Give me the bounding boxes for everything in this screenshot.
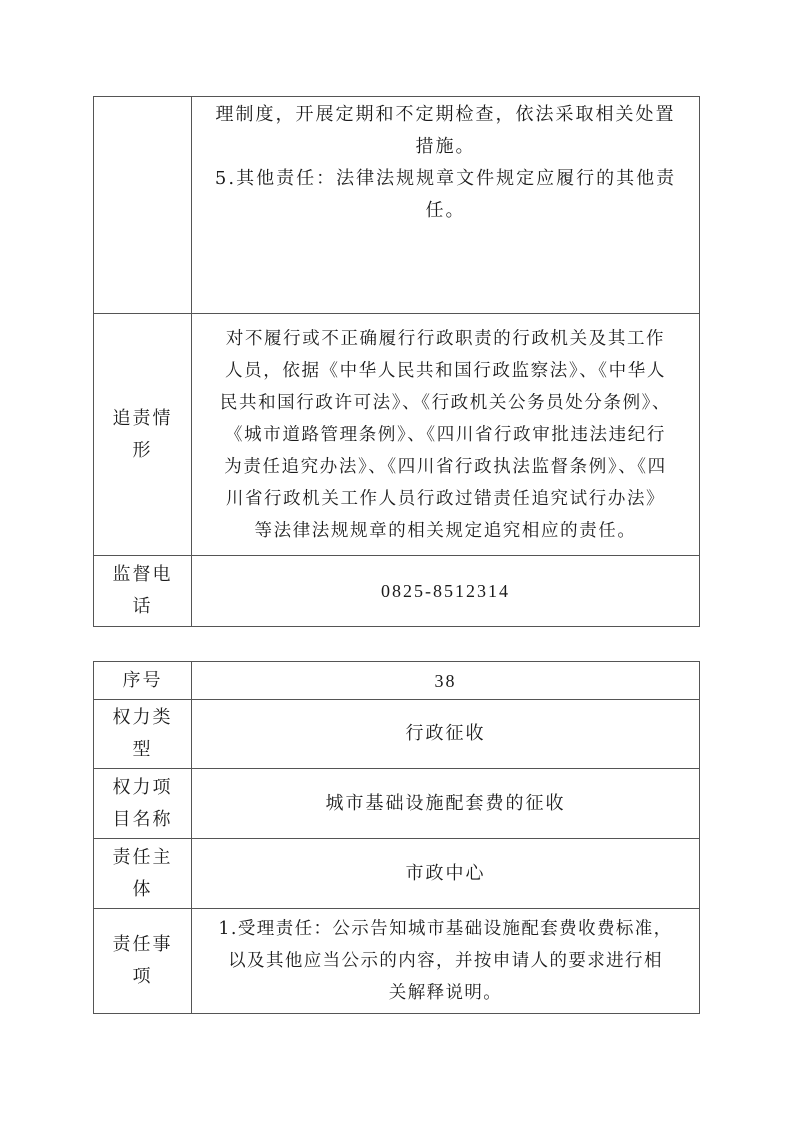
- row-label-responsibility-items: 责任事 项: [94, 909, 192, 1014]
- power-item-name-value: 城市基础设施配套费的征收: [192, 769, 700, 839]
- content-line: 对不履行或不正确履行行政职责的行政机关及其工作: [200, 323, 691, 355]
- content-line: 民共和国行政许可法》、《行政机关公务员处分条例》、: [200, 387, 691, 419]
- content-line: 《城市道路管理条例》、《四川省行政审批违法违纪行: [200, 419, 691, 451]
- table-row-serial-number: 序号 38: [94, 662, 700, 700]
- serial-number-value: 38: [192, 662, 700, 700]
- power-type-value: 行政征收: [192, 700, 700, 769]
- content-line: 为责任追究办法》、《四川省行政执法监督条例》、《四: [200, 451, 691, 483]
- responsibility-items-value: 1.受理责任：公示告知城市基础设施配套费收费标准， 以及其他应当公示的内容，并按…: [192, 909, 700, 1014]
- row-label-serial-number: 序号: [94, 662, 192, 700]
- row-label-supervision-phone: 监督电 话: [94, 556, 192, 627]
- label-line: 项: [102, 961, 183, 993]
- row-content-accountability: 对不履行或不正确履行行政职责的行政机关及其工作 人员，依据《中华人民共和国行政监…: [192, 314, 700, 556]
- row-content-other-responsibilities: 理制度，开展定期和不定期检查，依法采取相关处置 措施。 5.其他责任：法律法规规…: [192, 97, 700, 314]
- table-row-supervision-phone: 监督电 话 0825-8512314: [94, 556, 700, 627]
- responsible-subject-value: 市政中心: [192, 839, 700, 909]
- table-row-power-type: 权力类 型 行政征收: [94, 700, 700, 769]
- table-row-accountability: 追责情 形 对不履行或不正确履行行政职责的行政机关及其工作 人员，依据《中华人民…: [94, 314, 700, 556]
- content-line: 1.受理责任：公示告知城市基础设施配套费收费标准，: [200, 913, 691, 945]
- row-label-accountability: 追责情 形: [94, 314, 192, 556]
- content-line: 川省行政机关工作人员行政过错责任追究试行办法》: [200, 483, 691, 515]
- content-line: 关解释说明。: [200, 977, 691, 1009]
- row-label-empty: [94, 97, 192, 314]
- content-line: 人员，依据《中华人民共和国行政监察法》、《中华人: [200, 355, 691, 387]
- label-line: 目名称: [102, 804, 183, 836]
- responsibility-table-continued: 理制度，开展定期和不定期检查，依法采取相关处置 措施。 5.其他责任：法律法规规…: [93, 96, 700, 627]
- content-line: 以及其他应当公示的内容，并按申请人的要求进行相: [200, 945, 691, 977]
- label-line: 型: [102, 734, 183, 766]
- power-item-table: 序号 38 权力类 型 行政征收 权力项 目名称 城市基础设施配套费的征收 责任…: [93, 661, 700, 1014]
- content-line: 等法律法规规章的相关规定追究相应的责任。: [200, 515, 691, 547]
- row-label-power-type: 权力类 型: [94, 700, 192, 769]
- row-label-responsible-subject: 责任主 体: [94, 839, 192, 909]
- content-line: 措施。: [200, 131, 691, 163]
- label-line: 监督电: [102, 559, 183, 591]
- table-row-power-item-name: 权力项 目名称 城市基础设施配套费的征收: [94, 769, 700, 839]
- label-line: 责任主: [102, 842, 183, 874]
- table-row-other-responsibilities: 理制度，开展定期和不定期检查，依法采取相关处置 措施。 5.其他责任：法律法规规…: [94, 97, 700, 314]
- content-line: 5.其他责任：法律法规规章文件规定应履行的其他责: [200, 163, 691, 195]
- label-line: 权力项: [102, 772, 183, 804]
- label-line: 体: [102, 874, 183, 906]
- table-row-responsibility-items: 责任事 项 1.受理责任：公示告知城市基础设施配套费收费标准， 以及其他应当公示…: [94, 909, 700, 1014]
- table-row-responsible-subject: 责任主 体 市政中心: [94, 839, 700, 909]
- label-line: 形: [102, 435, 183, 467]
- label-line: 话: [102, 591, 183, 623]
- label-line: 序号: [102, 665, 183, 697]
- label-line: 追责情: [102, 403, 183, 435]
- label-line: 权力类: [102, 702, 183, 734]
- content-line: 理制度，开展定期和不定期检查，依法采取相关处置: [200, 99, 691, 131]
- label-line: 责任事: [102, 929, 183, 961]
- supervision-phone-number: 0825-8512314: [192, 556, 700, 627]
- row-label-power-item-name: 权力项 目名称: [94, 769, 192, 839]
- content-line: 任。: [200, 195, 691, 227]
